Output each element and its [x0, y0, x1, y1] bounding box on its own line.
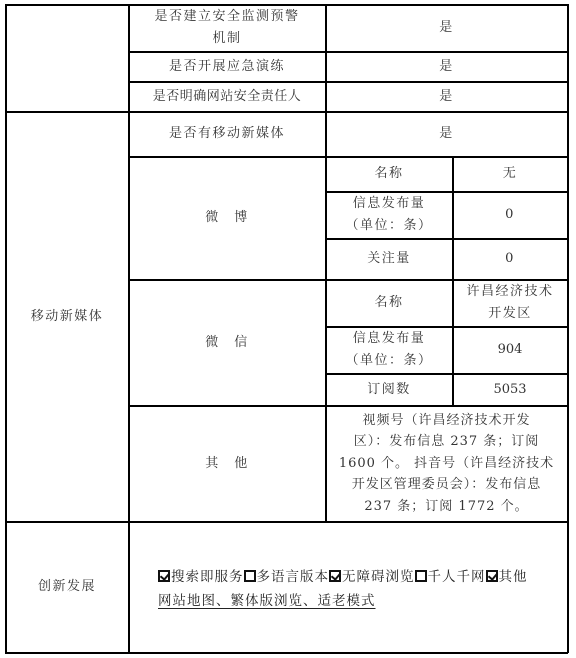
question-line: 是否建立安全监测预警 [154, 6, 299, 28]
posts-label-unit: （单位：条） [345, 350, 432, 372]
checkbox-checked-icon[interactable] [486, 570, 498, 582]
posts-label-line: 信息发布量 [353, 328, 426, 350]
section-label-mobile-media: 移动新媒体 [6, 112, 128, 521]
wechat-label: 微 信 [129, 280, 325, 405]
other-detail-line: 区）：发布信息 237 条；订阅 [354, 431, 540, 453]
posts-label-line: 信息发布量 [353, 193, 426, 215]
weibo-posts-label: 信息发布量 （单位：条） [326, 192, 452, 238]
wechat-subscribers-label: 订阅数 [326, 374, 452, 405]
other-media-detail: 视频号（许昌经济技术开发 区）：发布信息 237 条；订阅 1600 个。 抖音… [326, 406, 567, 521]
weibo-name-label: 名称 [326, 157, 452, 191]
weibo-followers-label: 关注量 [326, 239, 452, 279]
wechat-subscribers-value: 5053 [453, 374, 567, 405]
other-detail-line: 1600 个。 抖音号（许昌经济技术 [339, 453, 554, 475]
option-label: 千人千网 [428, 569, 486, 585]
option-label: 无障碍浏览 [342, 569, 415, 585]
weibo-posts-value: 0 [453, 192, 567, 238]
other-media-label: 其 他 [129, 406, 325, 521]
security-answer-drill: 是 [326, 52, 567, 81]
checkbox-checked-icon[interactable] [329, 570, 341, 582]
option-label: 搜索即服务 [171, 569, 244, 585]
security-answer-responsible: 是 [326, 82, 567, 111]
option-label: 其他 [499, 569, 528, 585]
table-border-bottom [5, 652, 568, 654]
weibo-label: 微 博 [129, 157, 325, 279]
innovation-options: 搜索即服务多语言版本无障碍浏览千人千网其他 网站地图、繁体版浏览、适老模式 [158, 565, 563, 613]
weibo-followers-value: 0 [453, 239, 567, 279]
security-question-responsible: 是否明确网站安全责任人 [129, 82, 325, 111]
posts-label-unit: （单位：条） [345, 215, 432, 237]
option-other[interactable]: 其他 [486, 569, 528, 585]
name-value-line: 开发区 [488, 303, 532, 325]
has-mobile-media-answer: 是 [326, 112, 567, 156]
other-detail-line: 视频号（许昌经济技术开发 [362, 410, 530, 432]
section-label-innovation: 创新发展 [6, 522, 128, 652]
checkbox-unchecked-icon[interactable] [244, 570, 256, 582]
table-border-right [567, 4, 569, 653]
option-label: 多语言版本 [257, 569, 330, 585]
other-detail-line: 开发区管理委员会）：发布信息 [352, 474, 542, 496]
security-question-monitoring: 是否建立安全监测预警 机制 [129, 5, 325, 51]
other-detail-text: 网站地图、繁体版浏览、适老模式 [158, 593, 376, 609]
option-multilingual[interactable]: 多语言版本 [244, 569, 330, 585]
checkbox-checked-icon[interactable] [158, 570, 170, 582]
option-search-service[interactable]: 搜索即服务 [158, 569, 244, 585]
security-answer-monitoring: 是 [326, 5, 567, 51]
question-line: 机制 [212, 28, 241, 50]
checkbox-unchecked-icon[interactable] [415, 570, 427, 582]
wechat-name-label: 名称 [326, 280, 452, 326]
security-question-drill: 是否开展应急演练 [129, 52, 325, 81]
wechat-posts-value: 904 [453, 327, 567, 373]
name-value-line: 许昌经济技术 [466, 281, 553, 303]
option-personalized[interactable]: 千人千网 [415, 569, 486, 585]
has-mobile-media-question: 是否有移动新媒体 [129, 112, 325, 156]
option-accessibility[interactable]: 无障碍浏览 [329, 569, 415, 585]
wechat-name-value: 许昌经济技术 开发区 [453, 280, 567, 326]
other-detail-line: 237 条；订阅 1772 个。 [364, 496, 528, 518]
weibo-name-value: 无 [453, 157, 567, 191]
wechat-posts-label: 信息发布量 （单位：条） [326, 327, 452, 373]
website-report-table: 是否建立安全监测预警 机制 是 是否开展应急演练 是 是否明确网站安全责任人 是… [0, 0, 576, 658]
